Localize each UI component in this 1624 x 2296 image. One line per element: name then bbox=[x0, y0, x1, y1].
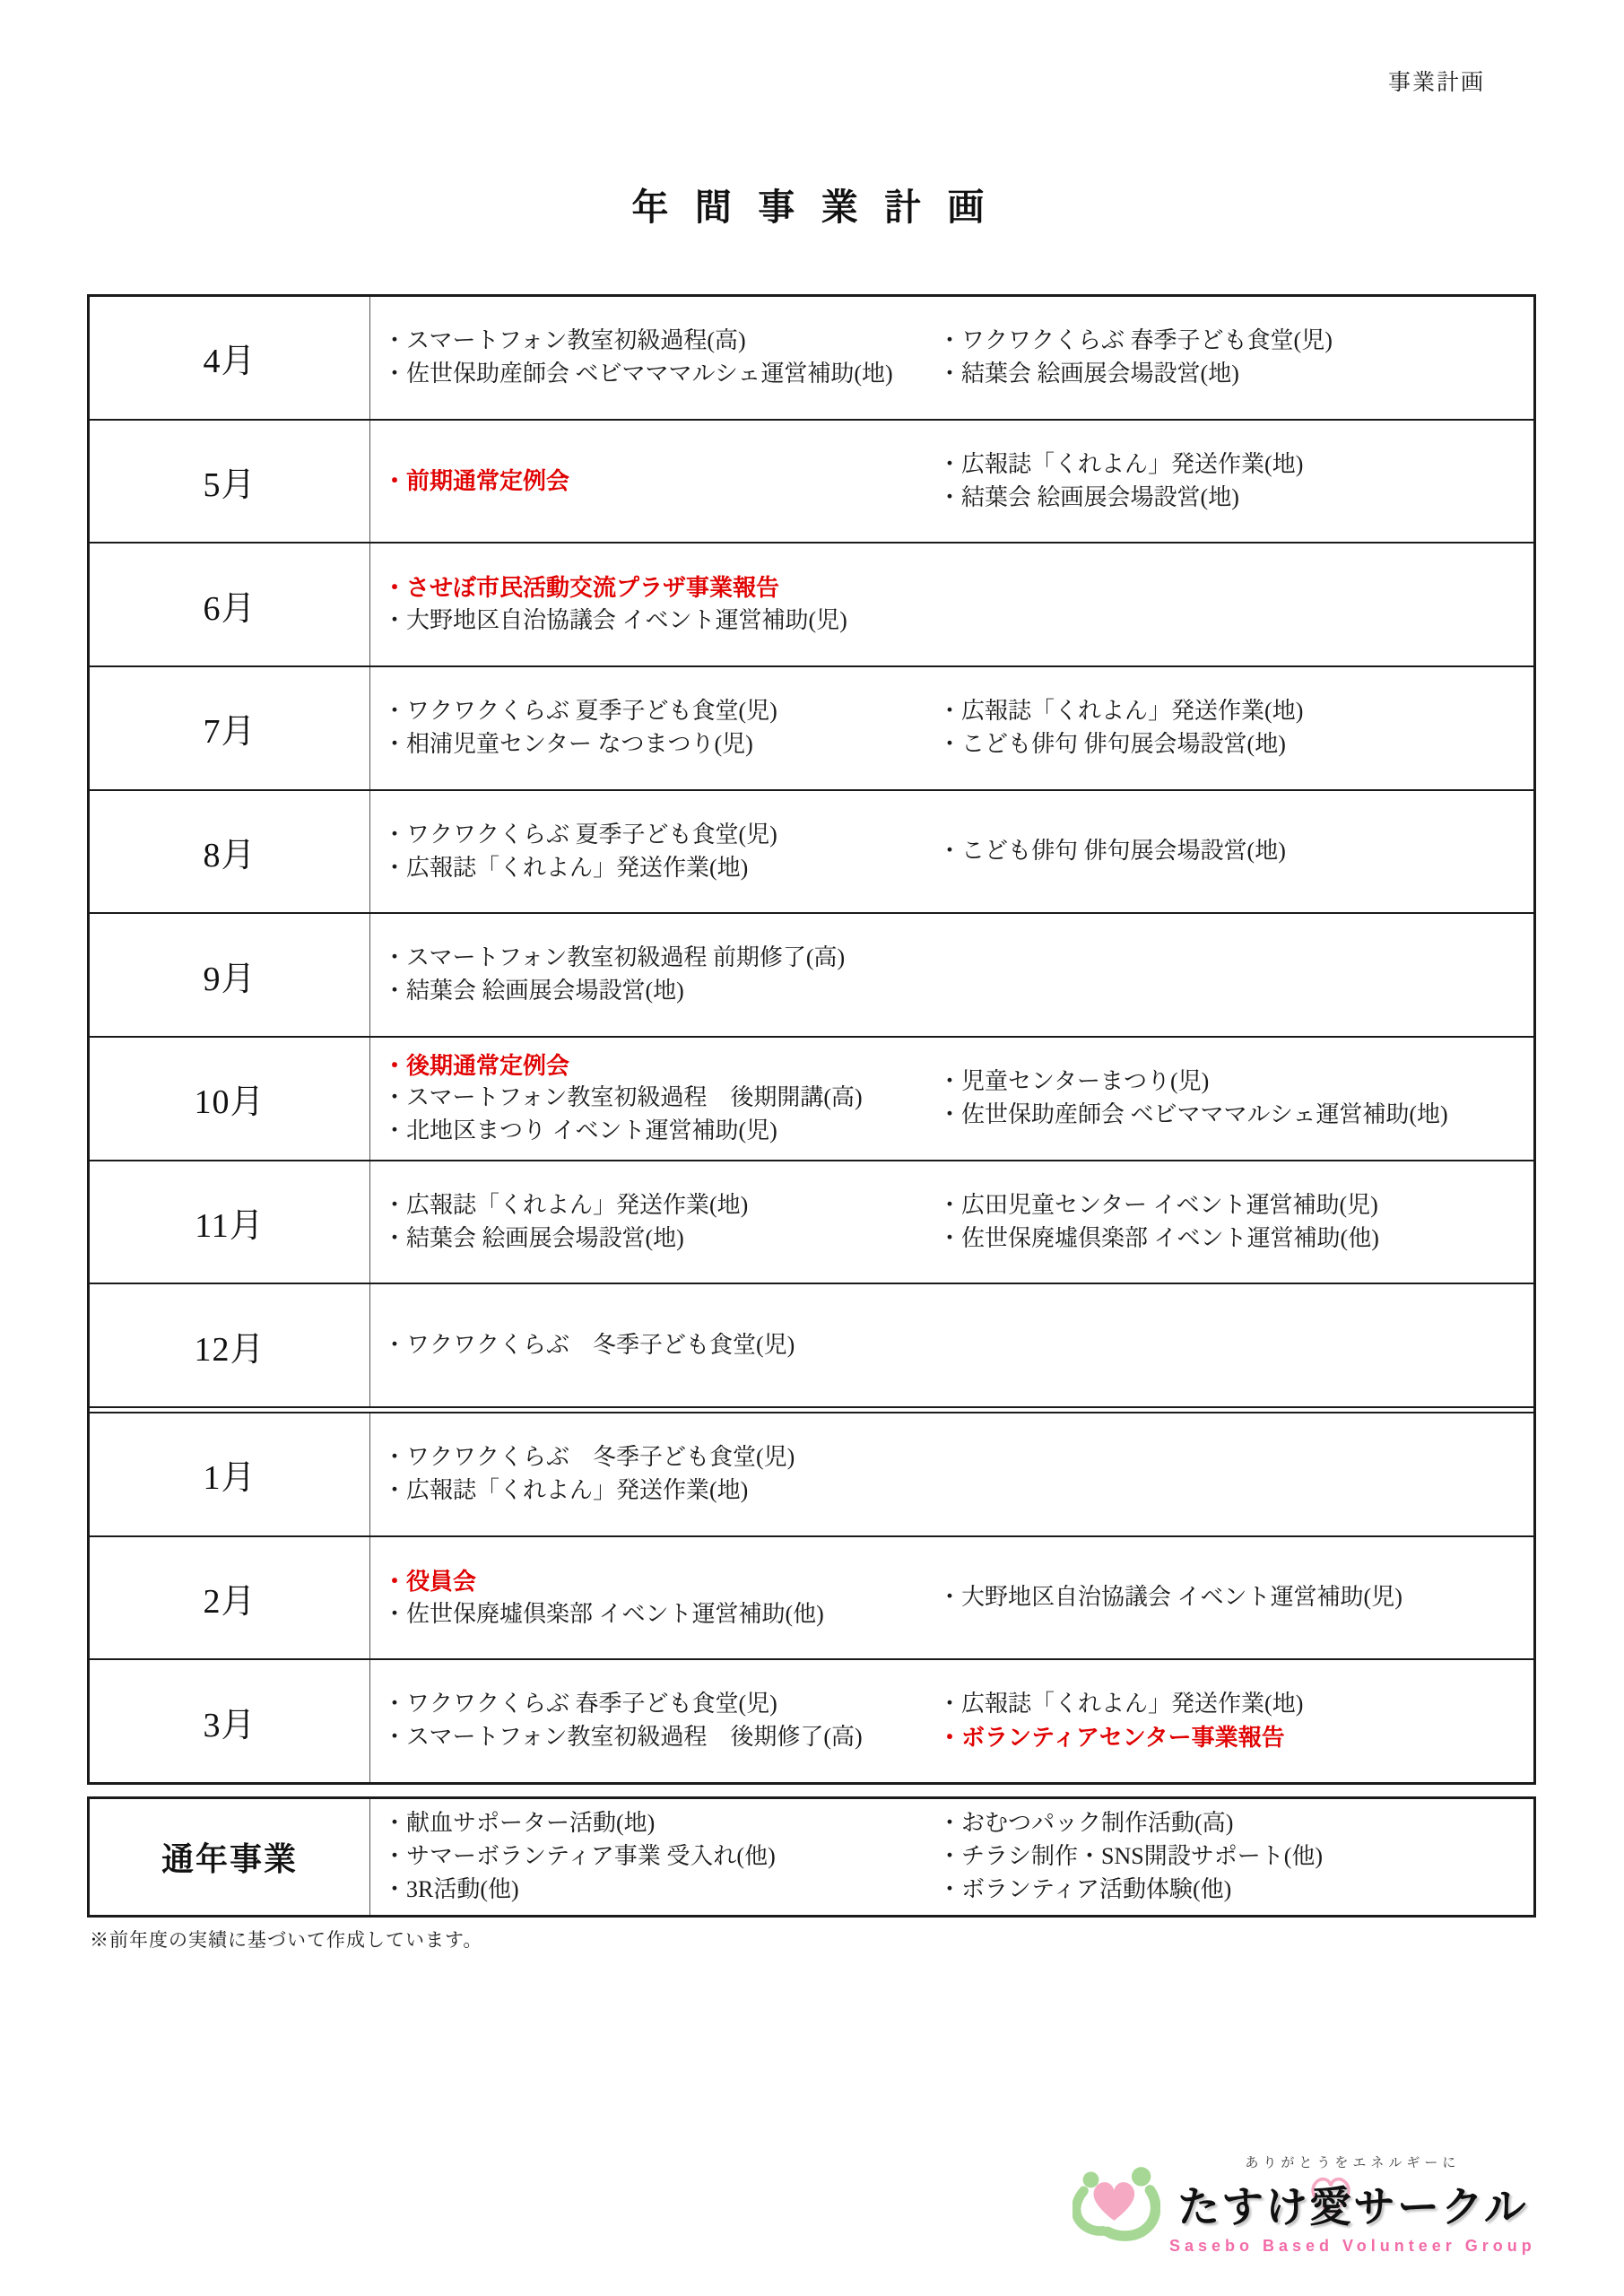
month-row: 3月・ワクワクくらぶ 春季子ども食堂(児)・スマートフォン教室初級過程 後期修了… bbox=[90, 1658, 1533, 1782]
month-row: 12月・ワクワクくらぶ 冬季子ども食堂(児) bbox=[90, 1283, 1533, 1406]
logo-subtitle: Sasebo Based Volunteer Group bbox=[1169, 2237, 1536, 2256]
activities-right bbox=[934, 544, 1533, 665]
activities-right bbox=[934, 1413, 1533, 1535]
month-label: 5月 bbox=[90, 421, 370, 543]
month-activities: ・後期通常定例会・スマートフォン教室初級過程 後期開講(高)・北地区まつり イベ… bbox=[370, 1038, 1533, 1160]
activity-item: ・大野地区自治協議会 イベント運営補助(児) bbox=[938, 1581, 1533, 1614]
activity-item: ・広報誌「くれよん」発送作業(地) bbox=[938, 448, 1533, 482]
month-label: 9月 bbox=[90, 914, 370, 1036]
month-label: 6月 bbox=[90, 544, 370, 665]
activity-item: ・結葉会 絵画展会場設営(地) bbox=[938, 358, 1533, 391]
activity-item: ・ワクワクくらぶ 春季子ども食堂(児) bbox=[383, 1688, 934, 1721]
org-logo: ありがとうをエネルギーに たすけ愛サークル Sasebo Based Volun… bbox=[1073, 2152, 1536, 2256]
activities-left: ・献血サポーター活動(地)・サマーボランティア事業 受入れ(他)・3R活動(他) bbox=[370, 1799, 934, 1915]
month-label: 10月 bbox=[90, 1038, 370, 1160]
activity-item-highlight: ・ボランティアセンター事業報告 bbox=[938, 1721, 1533, 1754]
activity-item: ・佐世保廃墟倶楽部 イベント運営補助(他) bbox=[938, 1222, 1533, 1256]
activities-left: ・広報誌「くれよん」発送作業(地)・結葉会 絵画展会場設営(地) bbox=[370, 1161, 934, 1283]
month-activities: ・ワクワクくらぶ 冬季子ども食堂(児) bbox=[370, 1284, 1533, 1406]
org-name-wrap: たすけ愛サークル bbox=[1177, 2174, 1528, 2234]
month-label: 通年事業 bbox=[90, 1799, 370, 1915]
activity-item: ・献血サポーター活動(地) bbox=[383, 1807, 934, 1840]
activities-left: ・スマートフォン教室初級過程(高)・佐世保助産師会 ベビマママルシェ運営補助(地… bbox=[370, 297, 934, 419]
activity-item: ・広報誌「くれよん」発送作業(地) bbox=[383, 852, 934, 885]
activities-left: ・ワクワクくらぶ 夏季子ども食堂(児)・相浦児童センター なつまつり(児) bbox=[370, 667, 934, 789]
month-row: 2月・役員会・佐世保廃墟倶楽部 イベント運営補助(他)・大野地区自治協議会 イベ… bbox=[90, 1535, 1533, 1659]
corner-label: 事業計画 bbox=[1388, 65, 1485, 97]
activity-item: ・おむつパック制作活動(高) bbox=[938, 1807, 1533, 1840]
month-label: 2月 bbox=[90, 1537, 370, 1659]
activity-item: ・広報誌「くれよん」発送作業(地) bbox=[938, 1688, 1533, 1721]
activities-left: ・ワクワクくらぶ 春季子ども食堂(児)・スマートフォン教室初級過程 後期修了(高… bbox=[370, 1660, 934, 1782]
month-row: 6月・させぼ市民活動交流プラザ事業報告・大野地区自治協議会 イベント運営補助(児… bbox=[90, 542, 1533, 665]
activity-item: ・ボランティア活動体験(他) bbox=[938, 1874, 1533, 1907]
year-round-projects-table: 通年事業・献血サポーター活動(地)・サマーボランティア事業 受入れ(他)・3R活… bbox=[87, 1796, 1536, 1918]
annual-plan-table: 4月・スマートフォン教室初級過程(高)・佐世保助産師会 ベビマママルシェ運営補助… bbox=[87, 294, 1536, 1785]
month-row: 11月・広報誌「くれよん」発送作業(地)・結葉会 絵画展会場設営(地)・広田児童… bbox=[90, 1160, 1533, 1283]
activities-right: ・広報誌「くれよん」発送作業(地)・こども俳句 俳句展会場設営(地) bbox=[934, 667, 1533, 789]
activity-item: ・佐世保廃墟倶楽部 イベント運営補助(他) bbox=[383, 1598, 934, 1631]
activities-left: ・前期通常定例会 bbox=[370, 421, 934, 543]
year-break-divider bbox=[90, 1406, 1533, 1413]
org-name: たすけ愛サークル bbox=[1177, 2183, 1528, 2231]
activity-item: ・広報誌「くれよん」発送作業(地) bbox=[383, 1474, 934, 1508]
month-activities: ・広報誌「くれよん」発送作業(地)・結葉会 絵画展会場設営(地)・広田児童センタ… bbox=[370, 1161, 1533, 1283]
activities-left: ・させぼ市民活動交流プラザ事業報告・大野地区自治協議会 イベント運営補助(児) bbox=[370, 544, 934, 665]
month-row: 10月・後期通常定例会・スマートフォン教室初級過程 後期開講(高)・北地区まつり… bbox=[90, 1036, 1533, 1160]
month-label: 12月 bbox=[90, 1284, 370, 1406]
month-activities: ・ワクワクくらぶ 夏季子ども食堂(児)・相浦児童センター なつまつり(児)・広報… bbox=[370, 667, 1533, 789]
activity-item: ・ワクワクくらぶ 夏季子ども食堂(児) bbox=[383, 819, 934, 852]
activity-item: ・結葉会 絵画展会場設営(地) bbox=[383, 1222, 934, 1256]
month-label: 4月 bbox=[90, 297, 370, 419]
activity-item: ・ワクワクくらぶ 冬季子ども食堂(児) bbox=[383, 1441, 934, 1474]
activity-item: ・こども俳句 俳句展会場設営(地) bbox=[938, 728, 1533, 761]
activities-right: ・広報誌「くれよん」発送作業(地)・ボランティアセンター事業報告 bbox=[934, 1660, 1533, 1782]
logo-text-block: ありがとうをエネルギーに たすけ愛サークル Sasebo Based Volun… bbox=[1169, 2152, 1536, 2256]
activity-item: ・佐世保助産師会 ベビマママルシェ運営補助(地) bbox=[938, 1099, 1533, 1132]
month-row: 通年事業・献血サポーター活動(地)・サマーボランティア事業 受入れ(他)・3R活… bbox=[90, 1799, 1533, 1915]
month-label: 8月 bbox=[90, 791, 370, 913]
month-activities: ・スマートフォン教室初級過程(高)・佐世保助産師会 ベビマママルシェ運営補助(地… bbox=[370, 297, 1533, 419]
activity-item: ・広田児童センター イベント運営補助(児) bbox=[938, 1189, 1533, 1222]
activity-item: ・広報誌「くれよん」発送作業(地) bbox=[938, 695, 1533, 728]
activity-item: ・結葉会 絵画展会場設営(地) bbox=[938, 482, 1533, 515]
activity-item: ・結葉会 絵画展会場設営(地) bbox=[383, 975, 934, 1008]
activity-item: ・スマートフォン教室初級過程 後期修了(高) bbox=[383, 1721, 934, 1754]
activity-item: ・スマートフォン教室初級過程(高) bbox=[383, 325, 934, 358]
activity-item: ・ワクワクくらぶ 春季子ども食堂(児) bbox=[938, 325, 1533, 358]
activity-item: ・ワクワクくらぶ 夏季子ども食堂(児) bbox=[383, 695, 934, 728]
month-activities: ・献血サポーター活動(地)・サマーボランティア事業 受入れ(他)・3R活動(他)… bbox=[370, 1799, 1533, 1915]
activities-right: ・こども俳句 俳句展会場設営(地) bbox=[934, 791, 1533, 913]
activity-item: ・サマーボランティア事業 受入れ(他) bbox=[383, 1840, 934, 1874]
month-row: 7月・ワクワクくらぶ 夏季子ども食堂(児)・相浦児童センター なつまつり(児)・… bbox=[90, 665, 1533, 789]
month-label: 3月 bbox=[90, 1660, 370, 1782]
footnote: ※前年度の実績に基づいて作成しています。 bbox=[90, 1926, 482, 1952]
month-row: 1月・ワクワクくらぶ 冬季子ども食堂(児)・広報誌「くれよん」発送作業(地) bbox=[90, 1413, 1533, 1535]
activity-item: ・佐世保助産師会 ベビマママルシェ運営補助(地) bbox=[383, 358, 934, 391]
activity-item: ・大野地区自治協議会 イベント運営補助(児) bbox=[383, 604, 934, 638]
page-title: 年 間 事 業 計 画 bbox=[0, 178, 1624, 230]
month-activities: ・ワクワクくらぶ 夏季子ども食堂(児)・広報誌「くれよん」発送作業(地)・こども… bbox=[370, 791, 1533, 913]
activities-left: ・ワクワクくらぶ 冬季子ども食堂(児) bbox=[370, 1284, 934, 1406]
activity-item: ・ワクワクくらぶ 冬季子ども食堂(児) bbox=[383, 1329, 934, 1362]
month-activities: ・ワクワクくらぶ 冬季子ども食堂(児)・広報誌「くれよん」発送作業(地) bbox=[370, 1413, 1533, 1535]
activities-left: ・スマートフォン教室初級過程 前期修了(高)・結葉会 絵画展会場設営(地) bbox=[370, 914, 934, 1036]
month-activities: ・役員会・佐世保廃墟倶楽部 イベント運営補助(他)・大野地区自治協議会 イベント… bbox=[370, 1537, 1533, 1659]
month-row: 8月・ワクワクくらぶ 夏季子ども食堂(児)・広報誌「くれよん」発送作業(地)・こ… bbox=[90, 789, 1533, 913]
activities-right: ・大野地区自治協議会 イベント運営補助(児) bbox=[934, 1537, 1533, 1659]
activity-item: ・スマートフォン教室初級過程 後期開講(高) bbox=[383, 1082, 934, 1115]
activities-right bbox=[934, 914, 1533, 1036]
activities-right: ・おむつパック制作活動(高)・チラシ制作・SNS開設サポート(他)・ボランティア… bbox=[934, 1799, 1533, 1915]
month-activities: ・させぼ市民活動交流プラザ事業報告・大野地区自治協議会 イベント運営補助(児) bbox=[370, 544, 1533, 665]
month-label: 7月 bbox=[90, 667, 370, 789]
activity-item-highlight: ・させぼ市民活動交流プラザ事業報告 bbox=[383, 571, 934, 604]
activity-item: ・スマートフォン教室初級過程 前期修了(高) bbox=[383, 942, 934, 975]
activity-item: ・広報誌「くれよん」発送作業(地) bbox=[383, 1189, 934, 1222]
month-activities: ・前期通常定例会・広報誌「くれよん」発送作業(地)・結葉会 絵画展会場設営(地) bbox=[370, 421, 1533, 543]
activities-right: ・広田児童センター イベント運営補助(児)・佐世保廃墟倶楽部 イベント運営補助(… bbox=[934, 1161, 1533, 1283]
activity-item: ・児童センターまつり(児) bbox=[938, 1065, 1533, 1099]
people-heart-logo-icon bbox=[1073, 2161, 1160, 2248]
activities-right bbox=[934, 1284, 1533, 1406]
month-label: 11月 bbox=[90, 1161, 370, 1283]
month-label: 1月 bbox=[90, 1413, 370, 1535]
month-row: 4月・スマートフォン教室初級過程(高)・佐世保助産師会 ベビマママルシェ運営補助… bbox=[90, 297, 1533, 419]
activities-left: ・ワクワクくらぶ 夏季子ども食堂(児)・広報誌「くれよん」発送作業(地) bbox=[370, 791, 934, 913]
activity-item: ・チラシ制作・SNS開設サポート(他) bbox=[938, 1840, 1533, 1874]
activity-item: ・こども俳句 俳句展会場設営(地) bbox=[938, 835, 1533, 868]
activity-item-highlight: ・役員会 bbox=[383, 1565, 934, 1598]
activity-item-highlight: ・前期通常定例会 bbox=[383, 465, 934, 498]
activity-item: ・3R活動(他) bbox=[383, 1874, 934, 1907]
month-activities: ・ワクワクくらぶ 春季子ども食堂(児)・スマートフォン教室初級過程 後期修了(高… bbox=[370, 1660, 1533, 1782]
activities-right: ・ワクワクくらぶ 春季子ども食堂(児)・結葉会 絵画展会場設営(地) bbox=[934, 297, 1533, 419]
activity-item-highlight: ・後期通常定例会 bbox=[383, 1049, 934, 1083]
document-page: 事業計画 年 間 事 業 計 画 4月・スマートフォン教室初級過程(高)・佐世保… bbox=[0, 0, 1624, 2296]
activities-left: ・ワクワクくらぶ 冬季子ども食堂(児)・広報誌「くれよん」発送作業(地) bbox=[370, 1413, 934, 1535]
month-row: 9月・スマートフォン教室初級過程 前期修了(高)・結葉会 絵画展会場設営(地) bbox=[90, 912, 1533, 1036]
activity-item: ・相浦児童センター なつまつり(児) bbox=[383, 728, 934, 761]
activities-left: ・役員会・佐世保廃墟倶楽部 イベント運営補助(他) bbox=[370, 1537, 934, 1659]
activities-right: ・広報誌「くれよん」発送作業(地)・結葉会 絵画展会場設営(地) bbox=[934, 421, 1533, 543]
month-activities: ・スマートフォン教室初級過程 前期修了(高)・結葉会 絵画展会場設営(地) bbox=[370, 914, 1533, 1036]
activities-left: ・後期通常定例会・スマートフォン教室初級過程 後期開講(高)・北地区まつり イベ… bbox=[370, 1038, 934, 1160]
activity-item: ・北地区まつり イベント運営補助(児) bbox=[383, 1115, 934, 1148]
activities-right: ・児童センターまつり(児)・佐世保助産師会 ベビマママルシェ運営補助(地) bbox=[934, 1038, 1533, 1160]
month-row: 5月・前期通常定例会・広報誌「くれよん」発送作業(地)・結葉会 絵画展会場設営(… bbox=[90, 419, 1533, 543]
